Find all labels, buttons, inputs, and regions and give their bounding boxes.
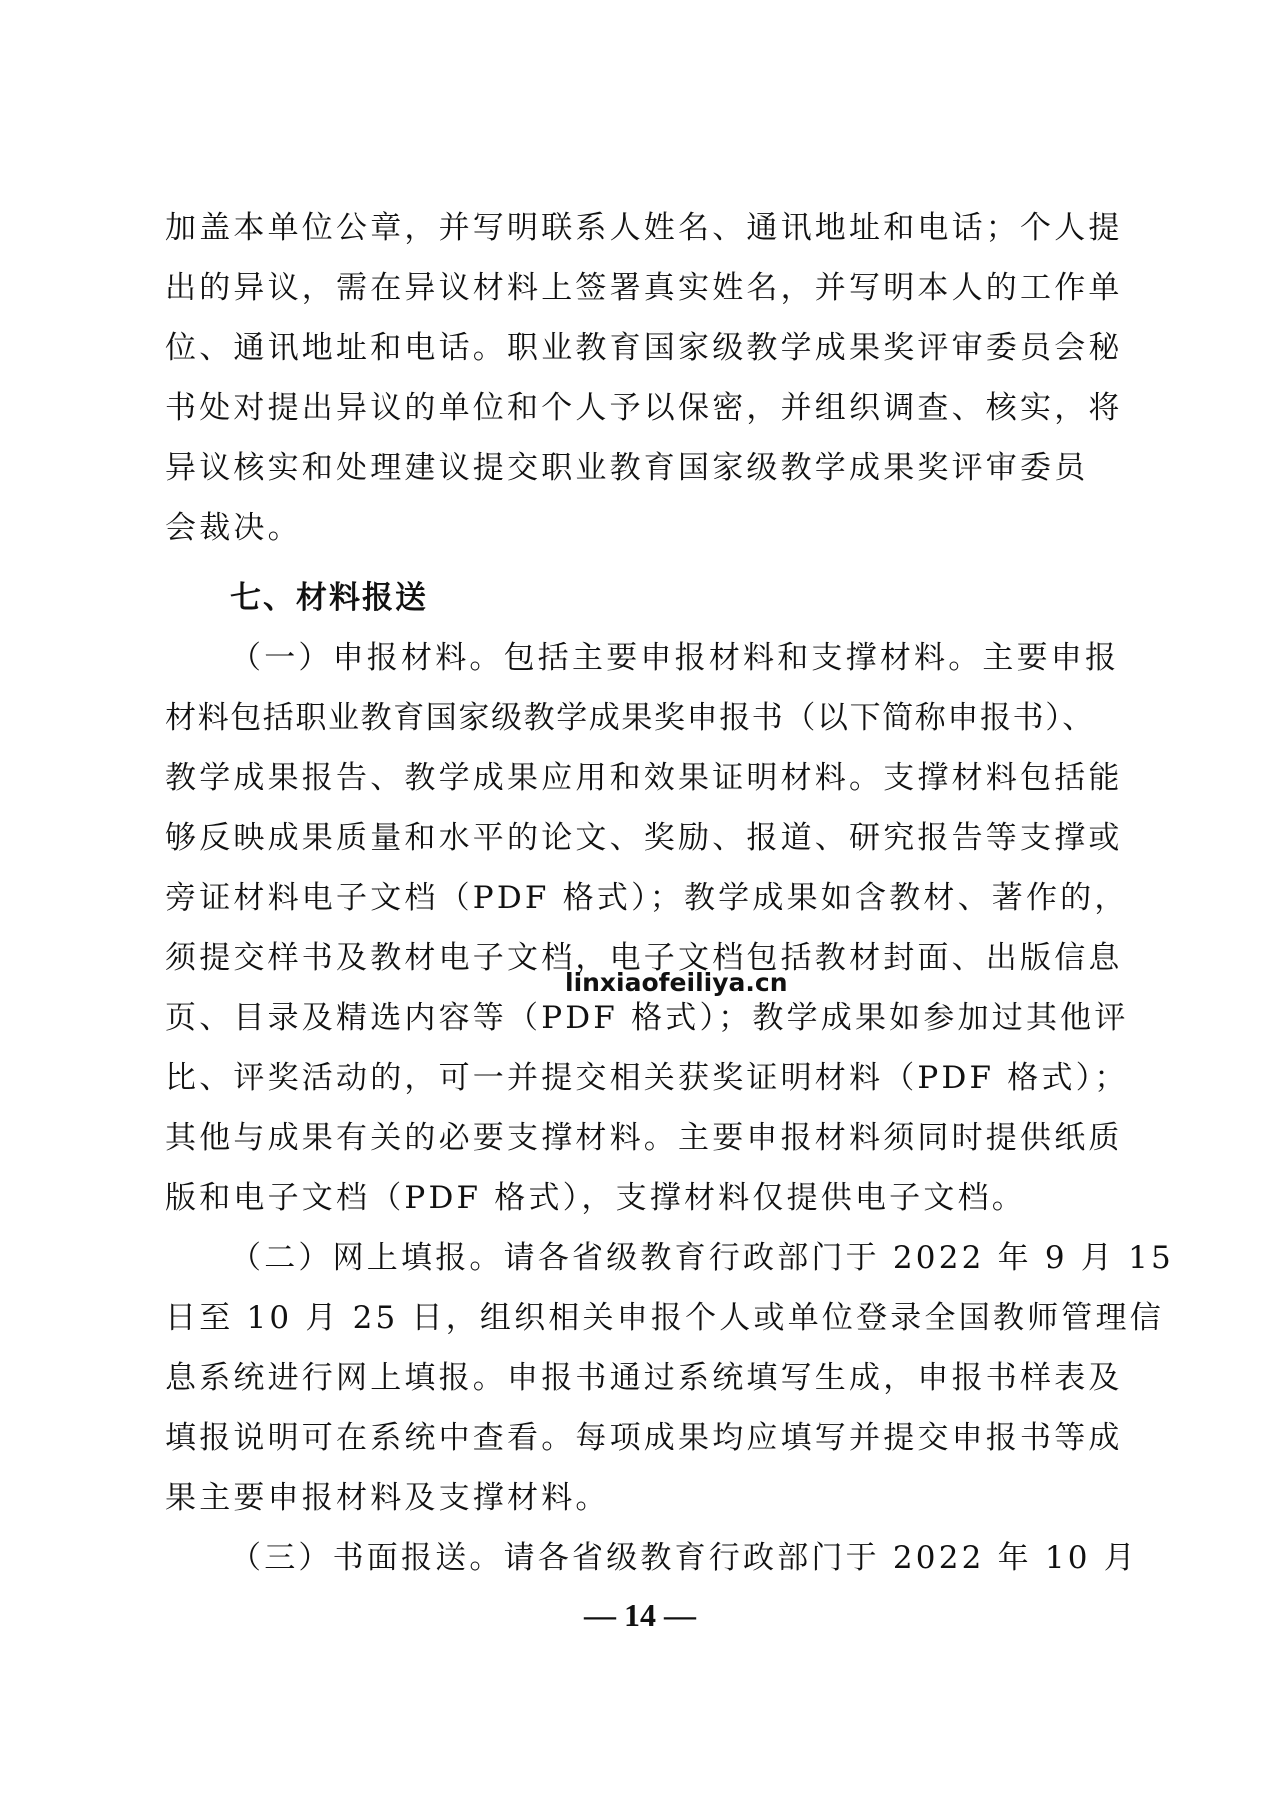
body-line: 够反映成果质量和水平的论文、奖励、报道、研究报告等支撑或 (165, 818, 1115, 858)
body-line: 其他与成果有关的必要支撑材料。主要申报材料须同时提供纸质 (165, 1118, 1115, 1158)
body-line: （三）书面报送。请各省级教育行政部门于 2022 年 10 月 (230, 1538, 1115, 1578)
body-line: （二）网上填报。请各省级教育行政部门于 2022 年 9 月 15 (230, 1238, 1115, 1278)
body-line: 书处对提出异议的单位和个人予以保密，并组织调查、核实，将 (165, 388, 1115, 428)
body-line: 填报说明可在系统中查看。每项成果均应填写并提交申报书等成 (165, 1418, 1115, 1458)
body-line: 会裁决。 (165, 508, 1115, 548)
section-heading: 七、材料报送 (230, 578, 1115, 618)
body-line: 教学成果报告、教学成果应用和效果证明材料。支撑材料包括能 (165, 758, 1115, 798)
body-line: 加盖本单位公章，并写明联系人姓名、通讯地址和电话；个人提 (165, 208, 1115, 248)
body-line: 果主要申报材料及支撑材料。 (165, 1478, 1115, 1518)
body-line: 出的异议，需在异议材料上签署真实姓名，并写明本人的工作单 (165, 268, 1115, 308)
body-line: 材料包括职业教育国家级教学成果奖申报书（以下简称申报书）、 (165, 698, 1115, 738)
body-line: 版和电子文档（PDF 格式），支撑材料仅提供电子文档。 (165, 1178, 1115, 1218)
page-number: — 14 — (0, 1597, 1280, 1634)
body-line: 位、通讯地址和电话。职业教育国家级教学成果奖评审委员会秘 (165, 328, 1115, 368)
body-line: 日至 10 月 25 日，组织相关申报个人或单位登录全国教师管理信 (165, 1298, 1115, 1338)
body-line: 旁证材料电子文档（PDF 格式）；教学成果如含教材、著作的， (165, 878, 1115, 918)
body-line: 比、评奖活动的，可一并提交相关获奖证明材料（PDF 格式）； (165, 1058, 1115, 1098)
body-line: 异议核实和处理建议提交职业教育国家级教学成果奖评审委员 (165, 448, 1115, 488)
body-line: 页、目录及精选内容等（PDF 格式）；教学成果如参加过其他评 (165, 998, 1115, 1038)
body-line: 息系统进行网上填报。申报书通过系统填写生成，申报书样表及 (165, 1358, 1115, 1398)
body-line: （一）申报材料。包括主要申报材料和支撑材料。主要申报 (230, 638, 1115, 678)
watermark-text: linxiaofeiliya.cn (565, 968, 788, 997)
document-page: 加盖本单位公章，并写明联系人姓名、通讯地址和电话；个人提 出的异议，需在异议材料… (0, 0, 1280, 1810)
